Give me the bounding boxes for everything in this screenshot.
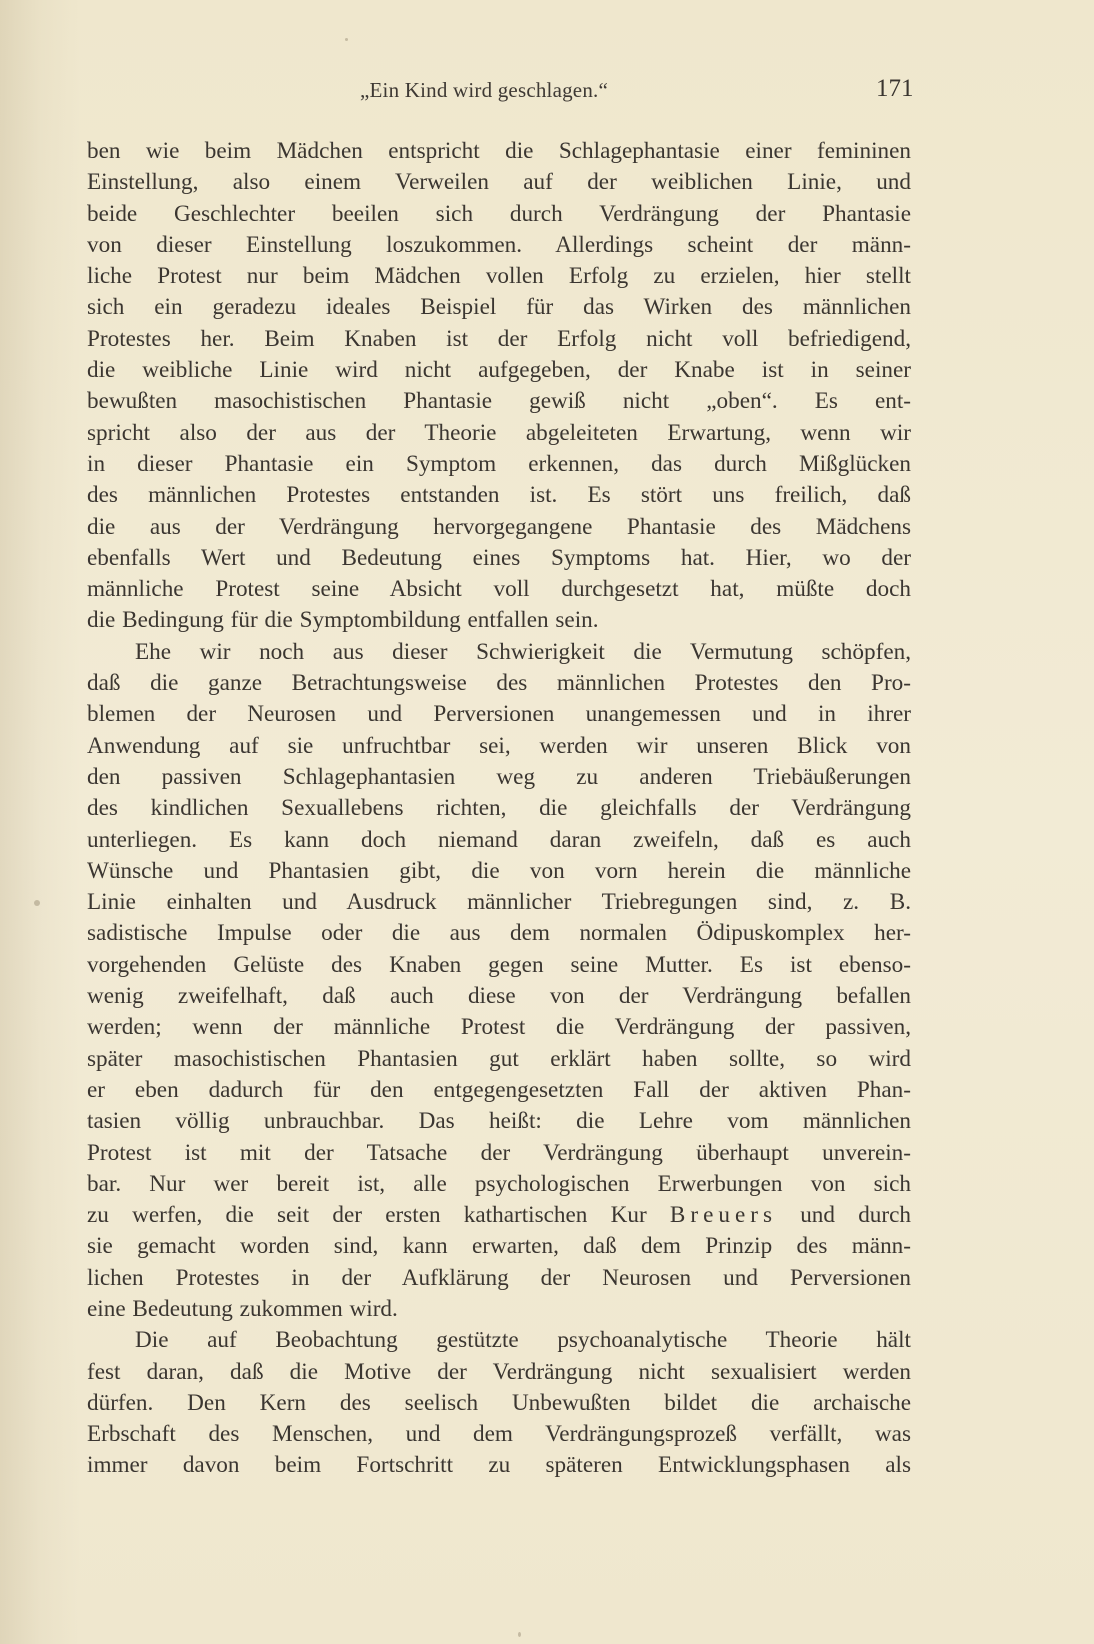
page-number: 171 (876, 75, 914, 103)
paragraph-2: Ehe wir noch aus dieser Schwierigkeit di… (87, 637, 911, 1326)
text-line: ben wie beim Mädchen entspricht die Schl… (87, 136, 911, 167)
text-line: Anwendung auf sie unfruchtbar sei, werde… (87, 731, 911, 762)
paragraph-1: ben wie beim Mädchen entspricht die Schl… (87, 136, 911, 637)
text-line: immer davon beim Fortschritt zu späteren… (87, 1450, 911, 1481)
text-line: bar. Nur wer bereit ist, alle psychologi… (87, 1169, 911, 1200)
text-line: in dieser Phantasie ein Symptom erkennen… (87, 449, 911, 480)
text-line: Einstellung, also einem Verweilen auf de… (87, 167, 911, 198)
text-line: liche Protest nur beim Mädchen vollen Er… (87, 261, 911, 292)
text-line: von dieser Einstellung loszukommen. Alle… (87, 230, 911, 261)
text-line: Wünsche und Phantasien gibt, die von vor… (87, 856, 911, 887)
text-line: lichen Protestes in der Aufklärung der N… (87, 1263, 911, 1294)
text-line: Protest ist mit der Tatsache der Verdrän… (87, 1138, 911, 1169)
paper-speck (345, 38, 348, 41)
text-line: eine Bedeutung zukommen wird. (87, 1294, 911, 1325)
text-line-with-spaced-name: zu werfen, die seit der ersten kathartis… (87, 1200, 911, 1231)
text-line: dürfen. Den Kern des seelisch Unbewußten… (87, 1388, 911, 1419)
text-line: des kindlichen Sexuallebens richten, die… (87, 793, 911, 824)
text-line: beide Geschlechter beeilen sich durch Ve… (87, 199, 911, 230)
text-line: die aus der Verdrängung hervorgegangene … (87, 512, 911, 543)
text-line: fest daran, daß die Motive der Verdrängu… (87, 1357, 911, 1388)
text-line: die weibliche Linie wird nicht aufgegebe… (87, 355, 911, 386)
spaced-name-breuers: Breuers (670, 1202, 777, 1228)
paper-speck (518, 1632, 521, 1637)
running-head: „Ein Kind wird geschlagen.“ 171 (0, 78, 1094, 112)
text-line: blemen der Neurosen und Perversionen una… (87, 699, 911, 730)
text-line: Die auf Beobachtung gestützte psychoanal… (87, 1325, 911, 1356)
text-segment: und durch (777, 1202, 911, 1228)
text-line: männliche Protest seine Absicht voll dur… (87, 574, 911, 605)
text-line: Erbschaft des Menschen, und dem Verdräng… (87, 1419, 911, 1450)
running-title: „Ein Kind wird geschlagen.“ (360, 78, 608, 103)
text-line: werden; wenn der männliche Protest die V… (87, 1012, 911, 1043)
text-line: des männlichen Protestes entstanden ist.… (87, 480, 911, 511)
text-line: daß die ganze Betrachtungsweise des männ… (87, 668, 911, 699)
text-line: sadistische Impulse oder die aus dem nor… (87, 918, 911, 949)
text-line: später masochistischen Phantasien gut er… (87, 1044, 911, 1075)
text-line: bewußten masochistischen Phantasie gewiß… (87, 386, 911, 417)
text-line: Ehe wir noch aus dieser Schwierigkeit di… (87, 637, 911, 668)
text-line: sie gemacht worden sind, kann erwarten, … (87, 1231, 911, 1262)
text-line: sich ein geradezu ideales Beispiel für d… (87, 292, 911, 323)
text-line: ebenfalls Wert und Bedeutung eines Sympt… (87, 543, 911, 574)
text-line: wenig zweifelhaft, daß auch diese von de… (87, 981, 911, 1012)
body-text: ben wie beim Mädchen entspricht die Schl… (87, 136, 911, 1482)
paper-speck (34, 900, 40, 906)
text-line: den passiven Schlagephantasien weg zu an… (87, 762, 911, 793)
text-line: die Bedingung für die Symptombildung ent… (87, 605, 911, 636)
text-segment: zu werfen, die seit der ersten kathartis… (87, 1202, 670, 1228)
text-line: unterliegen. Es kann doch niemand daran … (87, 825, 911, 856)
text-line: Linie einhalten und Ausdruck männlicher … (87, 887, 911, 918)
text-line: Protestes her. Beim Knaben ist der Erfol… (87, 324, 911, 355)
paragraph-3: Die auf Beobachtung gestützte psychoanal… (87, 1325, 911, 1481)
text-line: tasien völlig unbrauchbar. Das heißt: di… (87, 1106, 911, 1137)
text-line: spricht also der aus der Theorie abgelei… (87, 418, 911, 449)
book-page: „Ein Kind wird geschlagen.“ 171 ben wie … (0, 0, 1094, 1644)
text-line: vorgehenden Gelüste des Knaben gegen sei… (87, 950, 911, 981)
text-line: er eben dadurch für den entgegengesetzte… (87, 1075, 911, 1106)
